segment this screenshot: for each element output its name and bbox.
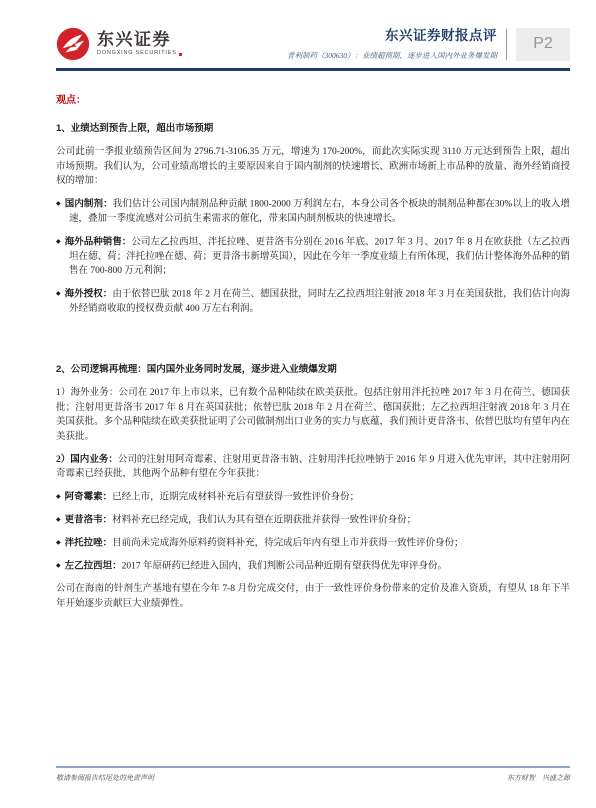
- bullet-diamond-icon: ◆: [56, 239, 61, 245]
- page-header: 东兴证券 DONGXING SECURITIES 东兴证券财报点评 普利制药（3…: [0, 0, 596, 61]
- bullet-diamond-icon: ◆: [56, 201, 61, 207]
- bullet-item: ◆海外授权：由于依替巴肽 2018 年 2 月在荷兰、德国获批，同时左乙拉西坦注…: [56, 287, 570, 317]
- paragraph-lead: 更昔洛韦：: [65, 515, 113, 525]
- logo-cn-text: 东兴证券: [97, 31, 182, 48]
- body-paragraph: 2）国内业务：公司的注射用阿奇霉素、注射用更昔洛韦钠、注射用泮托拉唑钠于 201…: [56, 453, 570, 482]
- report-title-block: 东兴证券财报点评 普利制药（300630）：业绩超预期，逐步进入国内外业务爆发期: [287, 28, 506, 61]
- report-series-title: 东兴证券财报点评: [287, 28, 497, 45]
- body-paragraph: 公司在海南的针剂生产基地有望在今年 7-8 月份完成交付，由于一致性评价身份带来…: [56, 582, 570, 611]
- paragraph-lead: 国内制剂：: [65, 199, 113, 209]
- page-footer: 敬请参阅报告结尾处的免责声明 东方财智 兴盛之源: [56, 766, 570, 783]
- bullet-diamond-icon: ◆: [56, 494, 61, 500]
- logo-wordmark: 东兴证券 DONGXING SECURITIES: [97, 31, 182, 57]
- report-page: 东兴证券 DONGXING SECURITIES 东兴证券财报点评 普利制药（3…: [0, 0, 596, 808]
- report-body: 观点： 1、业绩达到预告上限，超出市场预期公司此前一季报业绩预告区间为 2796…: [56, 94, 570, 611]
- bullet-diamond-icon: ◆: [56, 291, 61, 297]
- body-paragraph: 1）海外业务：公司在 2017 年上市以来，已有数个品种陆续在欧美获批。包括注射…: [56, 386, 570, 444]
- bullet-item: ◆左乙拉西坦：2017 年原研药已经进入国内，我们判断公司品种近期有望获得优先审…: [56, 559, 570, 574]
- body-paragraph: 公司此前一季报业绩预告区间为 2796.71-3106.35 万元，增速为 17…: [56, 145, 570, 189]
- paragraph-lead: 泮托拉唑：: [65, 538, 113, 548]
- logo-red-square-icon: [179, 53, 182, 56]
- logo-en-text: DONGXING SECURITIES: [97, 51, 177, 57]
- viewpoint-label: 观点：: [56, 94, 570, 109]
- footer-disclaimer: 敬请参阅报告结尾处的免责声明: [56, 773, 154, 783]
- bullet-diamond-icon: ◆: [56, 563, 61, 569]
- bullet-item: ◆国内制剂：我们估计公司国内制剂品种贡献 1800-2000 万利润左右，本身公…: [56, 197, 570, 227]
- paragraph-lead: 左乙拉西坦：: [65, 562, 122, 572]
- dongxing-logo: 东兴证券 DONGXING SECURITIES: [56, 27, 182, 61]
- dongxing-logo-icon: [56, 27, 90, 61]
- paragraph-lead: 2）国内业务：: [56, 455, 118, 465]
- bullet-item: ◆泮托拉唑：目前尚未完成海外原料药资料补充，待完成后年内有望上市并获得一致性评价…: [56, 536, 570, 551]
- section-heading: 1、业绩达到预告上限，超出市场预期: [56, 122, 570, 137]
- bullet-diamond-icon: ◆: [56, 517, 61, 523]
- page-number-badge: P2: [516, 28, 570, 61]
- footer-slogan: 东方财智 兴盛之源: [507, 773, 570, 783]
- bullet-item: ◆更昔洛韦：材料补充已经完成，我们认为其有望在近期获批并获得一致性评价身份；: [56, 513, 570, 528]
- bullet-item: ◆阿奇霉素：已经上市，近期完成材料补充后有望获得一致性评价身份；: [56, 490, 570, 505]
- bullet-item: ◆海外品种销售：公司左乙拉西坦、泮托拉唑、更昔洛韦分别在 2016 年底、201…: [56, 235, 570, 279]
- report-subtitle: 普利制药（300630）：业绩超预期，逐步进入国内外业务爆发期: [287, 50, 497, 61]
- header-title-group: 东兴证券财报点评 普利制药（300630）：业绩超预期，逐步进入国内外业务爆发期…: [287, 28, 570, 61]
- header-rule: [56, 68, 570, 71]
- paragraph-lead: 海外授权：: [65, 289, 113, 299]
- paragraph-lead: 阿奇霉素：: [65, 492, 113, 502]
- header-vertical-divider: [506, 29, 507, 60]
- logo-en-row: DONGXING SECURITIES: [97, 51, 182, 57]
- bullet-diamond-icon: ◆: [56, 540, 61, 546]
- section-heading: 2、公司逻辑再梳理：国内国外业务同时发展，逐步进入业绩爆发期: [56, 363, 570, 378]
- paragraph-lead: 海外品种销售：: [65, 237, 132, 247]
